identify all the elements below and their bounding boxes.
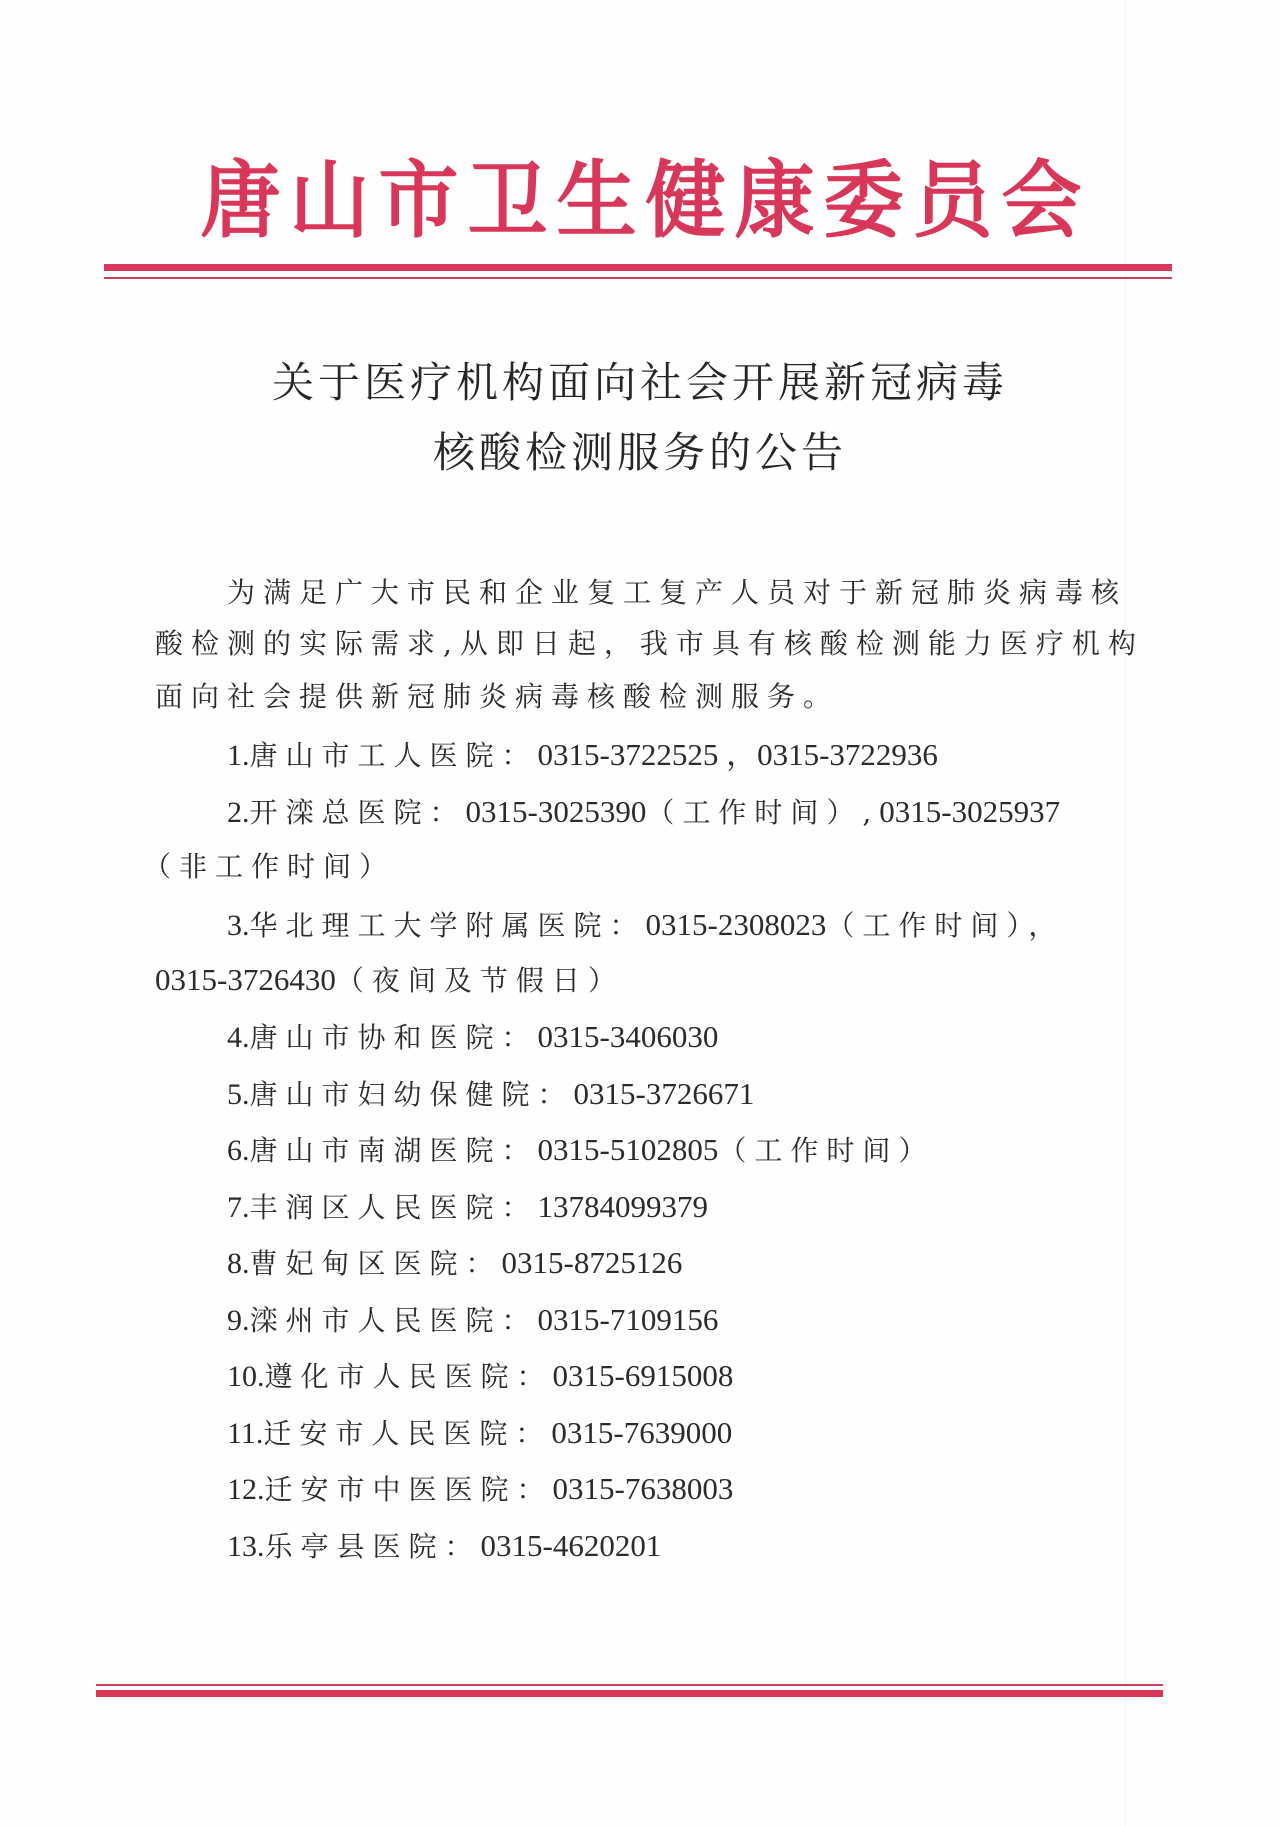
hospital-phone: 0315-7639000 xyxy=(551,1415,732,1450)
item-number: 11. xyxy=(227,1417,263,1450)
item-number: 13. xyxy=(227,1530,265,1563)
item-number: 10. xyxy=(227,1360,265,1393)
masthead-org-name: 唐 山 市 卫 生 健 康 委 员 会 xyxy=(196,150,1086,250)
masthead-char: 生 xyxy=(552,148,641,253)
hospital-phone-2: 0315-3025937 xyxy=(879,794,1060,829)
hospital-item: 5.唐山市妇幼保健院：0315-3726671 xyxy=(155,1074,754,1114)
item-number: 5. xyxy=(227,1078,250,1111)
hospital-name: 丰润区人民医院： xyxy=(250,1191,538,1224)
intro-line-2: 酸检测的实际需求,从即日起，我市具有核酸检测能力医疗机构 xyxy=(155,624,1144,664)
hospital-item: 6.唐山市南湖医院：0315-5102805（工作时间） xyxy=(155,1130,934,1170)
document-page: 唐 山 市 卫 生 健 康 委 员 会 关于医疗机构面向社会开展新冠病毒 核酸检… xyxy=(0,0,1280,1826)
masthead-char: 员 xyxy=(908,148,997,253)
hospital-phone: 0315-3025390 xyxy=(466,794,647,829)
masthead-char: 市 xyxy=(374,148,463,253)
hospital-phone: 0315-3406030 xyxy=(538,1019,719,1054)
masthead-char: 卫 xyxy=(463,148,552,253)
hospital-name: 曹妃甸区医院： xyxy=(250,1247,502,1280)
hospital-phone: 0315-7109156 xyxy=(538,1302,719,1337)
item-number: 3. xyxy=(227,909,250,942)
item-number: 7. xyxy=(227,1191,250,1224)
hospital-phone: 0315-8725126 xyxy=(502,1245,683,1280)
hospital-item: 10.遵化市人民医院：0315-6915008 xyxy=(155,1356,733,1396)
hospital-phone: 0315-7638003 xyxy=(553,1471,734,1506)
hospital-item-continuation: （非工作时间） xyxy=(143,847,395,887)
hospital-item: 8.曹妃甸区医院：0315-8725126 xyxy=(155,1243,682,1283)
hospital-name: 开滦总医院： xyxy=(250,796,466,829)
hospital-phone: 0315-4620201 xyxy=(481,1528,662,1563)
hospital-name: 唐山市南湖医院： xyxy=(250,1134,538,1167)
masthead-char: 唐 xyxy=(196,148,285,253)
hospital-item: 9.滦州市人民医院：0315-7109156 xyxy=(155,1300,718,1340)
masthead-char: 山 xyxy=(285,148,374,253)
hospital-name: 迁安市中医医院： xyxy=(265,1473,553,1506)
hospital-name: 唐山市妇幼保健院： xyxy=(250,1078,574,1111)
hospital-name: 遵化市人民医院： xyxy=(265,1360,553,1393)
hospital-item: 13.乐亭县医院：0315-4620201 xyxy=(155,1526,661,1566)
item-number: 1. xyxy=(227,739,250,772)
hospital-item: 2.开滦总医院：0315-3025390（工作时间）,0315-3025937 xyxy=(155,792,1060,832)
hospital-phone-2: 0315-3726430 xyxy=(155,962,336,997)
item-number: 9. xyxy=(227,1304,250,1337)
hospital-name: 唐山市协和医院： xyxy=(250,1021,538,1054)
masthead-char: 康 xyxy=(730,148,819,253)
footer-rule-thick xyxy=(96,1690,1163,1697)
hospital-item: 3.华北理工大学附属医院：0315-2308023（工作时间）， xyxy=(155,905,1064,945)
footer-rule-thin xyxy=(96,1684,1163,1686)
masthead-rule-thin xyxy=(104,277,1172,279)
hospital-name: 滦州市人民医院： xyxy=(250,1304,538,1337)
hospital-phone: 0315-3722525 ，0315-3722936 xyxy=(538,737,938,772)
document-title-line-2: 核酸检测服务的公告 xyxy=(0,428,1280,478)
hospital-name: 乐亭县医院： xyxy=(265,1530,481,1563)
intro-line-1: 为满足广大市民和企业复工复产人员对于新冠肺炎病毒核 xyxy=(155,573,1127,613)
masthead-char: 会 xyxy=(997,148,1086,253)
hospital-phone: 0315-3726671 xyxy=(574,1076,755,1111)
item-number: 12. xyxy=(227,1473,265,1506)
intro-line-3: 面向社会提供新冠肺炎病毒核酸检测服务。 xyxy=(155,677,839,717)
hours-note: （工作时间）, xyxy=(646,796,879,829)
hours-note-2: （非工作时间） xyxy=(143,850,395,883)
hospital-phone: 0315-5102805 xyxy=(538,1132,719,1167)
hospital-name: 唐山市工人医院： xyxy=(250,739,538,772)
hospital-item: 7.丰润区人民医院：13784099379 xyxy=(155,1187,708,1227)
hospital-item: 11.迁安市人民医院：0315-7639000 xyxy=(155,1413,732,1453)
hours-note: （工作时间）， xyxy=(826,909,1064,942)
hospital-phone: 0315-2308023 xyxy=(646,907,827,942)
masthead-char: 委 xyxy=(819,148,908,253)
item-number: 2. xyxy=(227,796,250,829)
hospital-item: 4.唐山市协和医院：0315-3406030 xyxy=(155,1017,718,1057)
hours-note-2: （夜间及节假日） xyxy=(336,964,624,997)
document-title-line-1: 关于医疗机构面向社会开展新冠病毒 xyxy=(0,358,1280,408)
hospital-item-continuation: 0315-3726430（夜间及节假日） xyxy=(155,960,624,1000)
hospital-item: 12.迁安市中医医院：0315-7638003 xyxy=(155,1469,733,1509)
masthead-rule-thick xyxy=(104,264,1172,271)
hospital-phone: 13784099379 xyxy=(538,1189,709,1224)
item-number: 6. xyxy=(227,1134,250,1167)
hospital-item: 1.唐山市工人医院：0315-3722525 ，0315-3722936 xyxy=(155,735,938,775)
masthead-char: 健 xyxy=(641,148,730,253)
hospital-phone: 0315-6915008 xyxy=(553,1358,734,1393)
hospital-name: 迁安市人民医院： xyxy=(263,1417,551,1450)
item-number: 8. xyxy=(227,1247,250,1280)
hospital-name: 华北理工大学附属医院： xyxy=(250,909,646,942)
hours-note: （工作时间） xyxy=(718,1134,934,1167)
scan-fold-line xyxy=(1125,0,1126,1826)
item-number: 4. xyxy=(227,1021,250,1054)
